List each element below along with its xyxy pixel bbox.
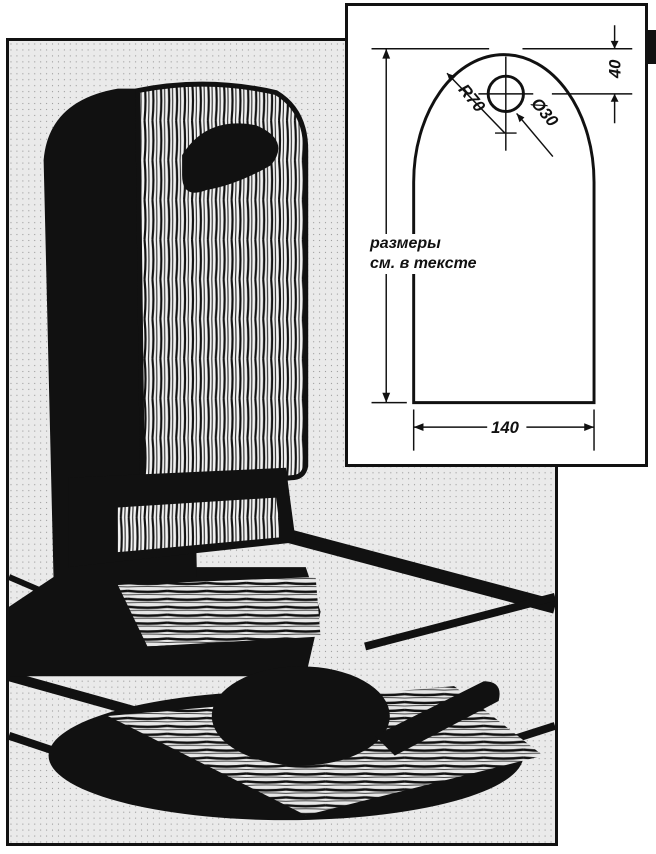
page-edge-marker — [648, 30, 656, 64]
note-line-1: размеры — [370, 234, 477, 254]
hole-offset-label: 40 — [605, 59, 624, 79]
width-label: 140 — [491, 418, 520, 437]
hole-diameter-label: Ø30 — [527, 94, 562, 131]
dimension-drawing: 140 R70 Ø30 40 размеры см. в тексте — [345, 3, 648, 467]
dimensions-note: размеры см. в тексте — [368, 234, 479, 274]
note-line-2: см. в тексте — [370, 254, 477, 274]
